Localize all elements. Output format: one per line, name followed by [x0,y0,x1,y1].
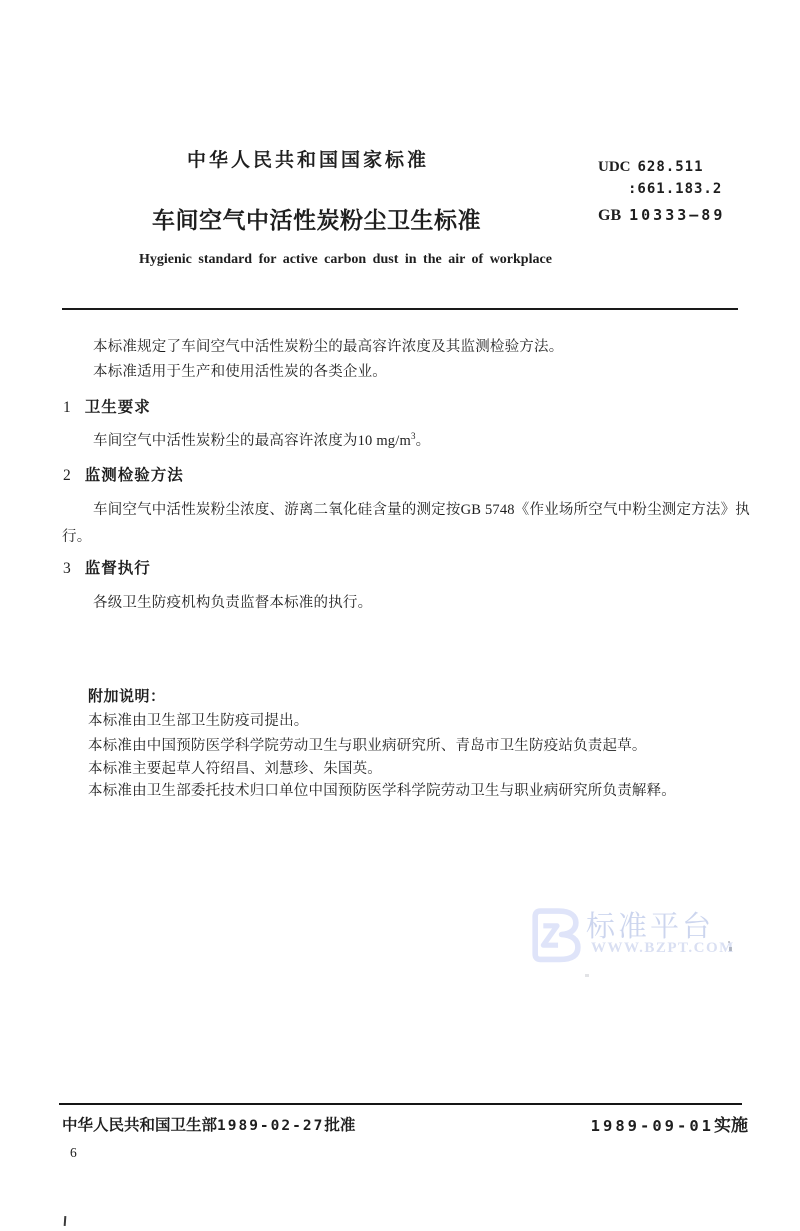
section-2-number: 2 [63,467,71,485]
document-page: 中华人民共和国国家标准 UDC628.511 :661.183.2 车间空气中活… [0,0,800,1231]
standard-code-number: 10333—89 [629,206,725,224]
approval-suffix: 批准 [324,1117,355,1134]
section-3-heading: 3监督执行 [63,556,151,578]
scope-paragraph-1: 本标准规定了车间空气中活性炭粉尘的最高容许浓度及其监测检验方法。 [93,335,563,356]
mac-value-text: 车间空气中活性炭粉尘的最高容许浓度为10 mg/m [93,433,411,449]
standard-title-english: Hygienic standard for active carbon dust… [139,252,552,268]
watermark-url: WWW.BZPT.COM [591,940,735,957]
approval-org: 中华人民共和国卫生部 [62,1117,217,1134]
scan-speck [728,941,730,943]
scan-artifact [64,1216,67,1226]
section-3-text: 各级卫生防疫机构负责监督本标准的执行。 [93,591,372,612]
scan-speck [729,947,732,951]
approval-date: 1989-02-27 [217,1118,324,1134]
implementation-note: 1989-09-01实施 [591,1111,748,1136]
udc-classification: UDC628.511 :661.183.2 [598,156,722,200]
section-2-heading: 2监测检验方法 [63,463,184,485]
implementation-date: 1989-09-01 [591,1117,714,1135]
section-3-number: 3 [63,560,71,578]
section-2-text: 车间空气中活性炭粉尘浓度、游离二氧化硅含量的测定按GB 5748《作业场所空气中… [62,497,750,551]
note-item: 本标准由卫生部委托技术归口单位中国预防医学科学院劳动卫生与职业病研究所负责解释。 [88,779,676,800]
udc-label: UDC [598,159,631,175]
footer-divider [59,1103,742,1105]
additional-notes-heading: 附加说明： [88,685,166,706]
standard-title: 车间空气中活性炭粉尘卫生标准 [152,202,481,235]
header-divider [62,308,738,310]
mac-value-period: 。 [416,433,431,449]
approval-note: 中华人民共和国卫生部1989-02-27批准 [62,1113,355,1135]
udc-number-line2: :661.183.2 [628,178,722,200]
note-item: 本标准主要起草人符绍昌、刘慧珍、朱国英。 [88,757,382,778]
section-1-number: 1 [63,399,71,417]
section-2-title: 监测检验方法 [85,467,184,484]
section-1-text: 车间空气中活性炭粉尘的最高容许浓度为10 mg/m3。 [93,429,430,450]
udc-number-line1: 628.511 [638,159,704,175]
implementation-suffix: 实施 [714,1116,748,1135]
national-standard-header: 中华人民共和国国家标准 [187,145,429,172]
watermark-title: 标准平台 [586,904,714,945]
standard-code-label: GB [598,207,621,224]
note-item: 本标准由卫生部卫生防疫司提出。 [88,709,309,730]
note-item: 本标准由中国预防医学科学院劳动卫生与职业病研究所、青岛市卫生防疫站负责起草。 [88,734,647,755]
section-3-title: 监督执行 [85,560,151,577]
standard-code: GB10333—89 [598,206,725,225]
page-number: 6 [70,1145,77,1161]
bzpt-logo-icon [526,906,583,964]
section-1-title: 卫生要求 [85,399,151,416]
scan-speck [585,974,589,977]
scope-paragraph-2: 本标准适用于生产和使用活性炭的各类企业。 [93,360,387,381]
section-1-heading: 1卫生要求 [63,395,151,417]
